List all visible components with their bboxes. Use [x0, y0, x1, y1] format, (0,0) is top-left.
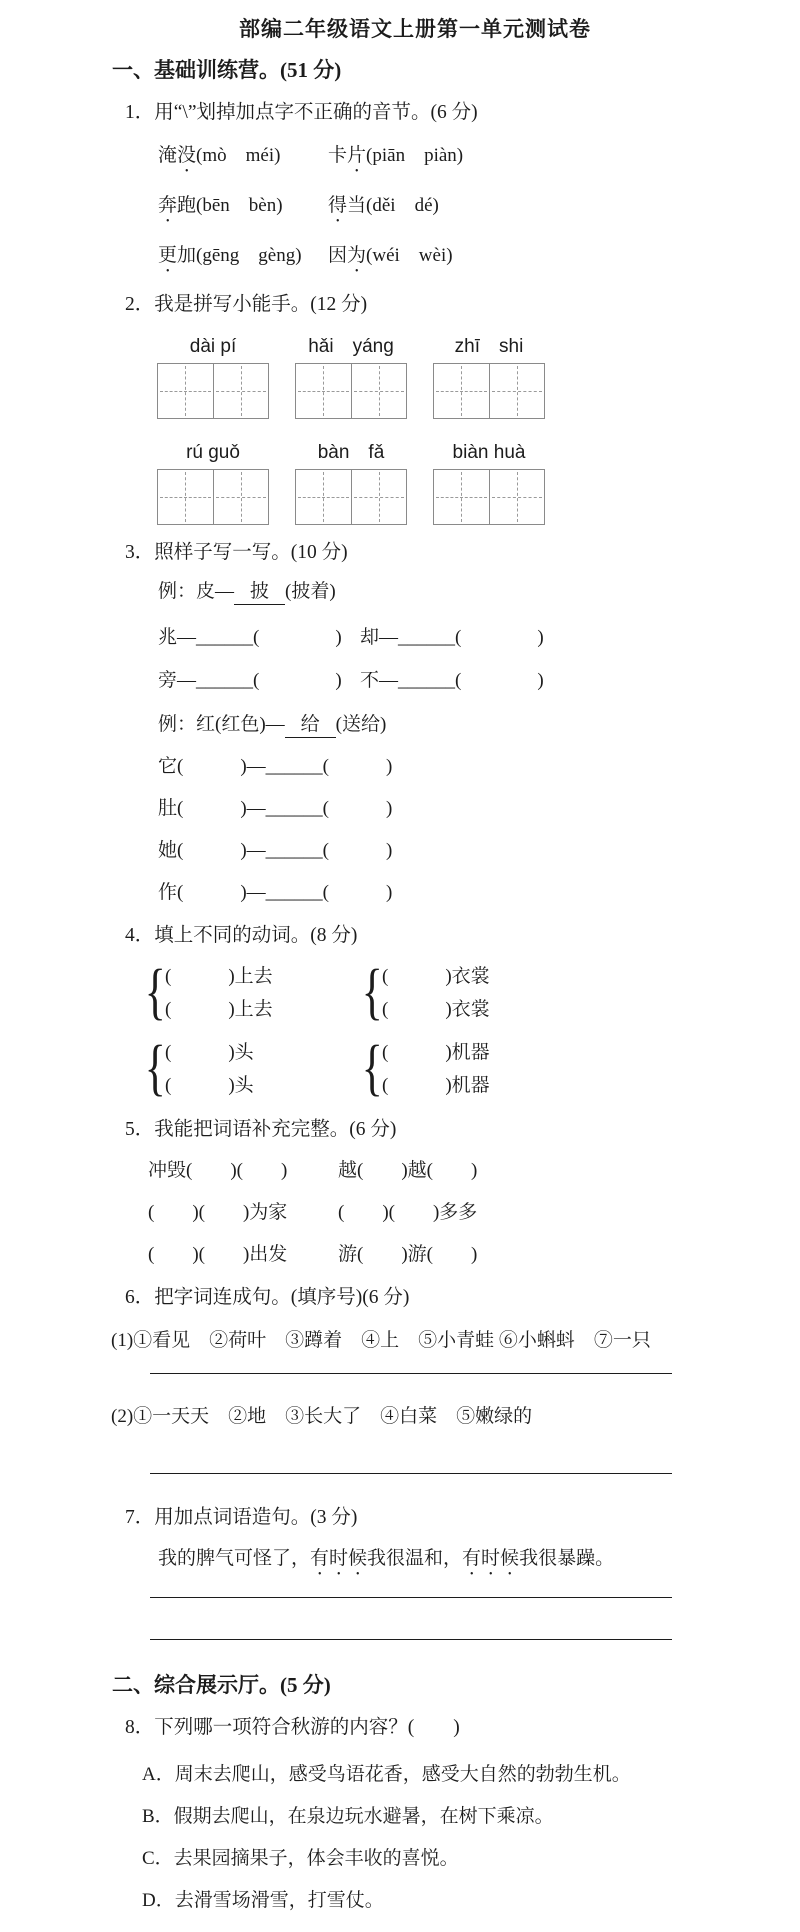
q3-example-2: 例：红(红色)—给(送给) [158, 710, 745, 740]
q3-item-line: 她( )—______( ) [158, 836, 745, 866]
q4-brace-grid: { ( )上去 ( )上去 { ( )衣裳 ( )衣裳 { ( )头 ( )头 … [143, 960, 745, 1102]
word-text: 加 [177, 245, 196, 266]
option-d: D．去滑雪场滑雪，打雪仗。 [142, 1886, 745, 1915]
pair-item: 旁—______( ) [158, 666, 360, 696]
q5-row: ( )( )为家 ( )( )多多 [148, 1198, 745, 1228]
q2-label: 2．我是拼写小能手。(12 分) [125, 291, 745, 319]
q5-item: 游( )游( ) [338, 1240, 477, 1270]
q3-pair-row: 旁—______( ) 不—______( ) [158, 666, 745, 696]
q8-label: 8．下列哪一项符合秋游的内容？( ) [125, 1714, 745, 1742]
q2-grid-group: zhī shi [433, 335, 545, 419]
q3-pair-row: 兆—______( ) 却—______( ) [158, 623, 745, 653]
fill-line: ( )机器 [382, 1069, 490, 1102]
dotted-character: 为 [347, 245, 366, 266]
word-text: 跑 [177, 195, 196, 216]
pinyin-label: bàn fǎ [295, 441, 407, 469]
q1-word: 因为(wéi wèi) [328, 241, 498, 277]
pinyin-annotation: (mò méi) [196, 145, 280, 166]
tianzige-grid [433, 363, 545, 419]
q7-label: 7．用加点词语造句。(3 分) [125, 1504, 745, 1532]
curly-brace: { [145, 1038, 164, 1100]
example-prefix: 例：红(红色)— [158, 714, 285, 735]
option-b: B．假期去爬山，在泉边玩水避暑，在树下乘凉。 [142, 1802, 745, 1831]
fill-line: ( )上去 [165, 960, 273, 993]
pinyin-annotation: (děi dé) [366, 195, 439, 216]
grid-cell [213, 470, 269, 524]
blank-answer: 披 [234, 580, 285, 605]
q6-label: 6．把字词连成句。(填序号)(6 分) [125, 1284, 745, 1312]
section1-heading: 一、基础训练营。(51 分) [112, 55, 745, 85]
pinyin-label: zhī shi [433, 335, 545, 363]
q2-row: rú guǒ bàn fǎ biàn huà [157, 441, 745, 525]
tianzige-grid [157, 469, 269, 525]
q3-item-line: 它( )—______( ) [158, 752, 745, 782]
grid-cell [213, 364, 269, 418]
dotted-character: 奔 [158, 195, 177, 216]
q3-item-line: 肚( )—______( ) [158, 794, 745, 824]
q6-sub-2: (2)①一天天 ②地 ③长大了 ④白菜 ⑤嫩绿的 [111, 1402, 745, 1432]
pinyin-annotation: (bēn bèn) [196, 195, 283, 216]
q7-sentence: 我的脾气可怪了，有时候我很温和，有时候我很暴躁。 [158, 1543, 745, 1580]
answer-line [150, 1373, 672, 1374]
dotted-phrase: 有时候 [462, 1548, 519, 1569]
word-text: 当 [347, 195, 366, 216]
q1-word: 淹没(mò méi) [158, 141, 328, 177]
q4-lines: ( )衣裳 ( )衣裳 [382, 960, 490, 1026]
example-suffix: (披着) [285, 581, 336, 602]
q2-grid-group: bàn fǎ [295, 441, 407, 525]
q2-row: dài pí hǎi yáng zhī shi [157, 335, 745, 419]
sentence-part: 我的脾气可怪了， [158, 1548, 310, 1569]
q4-lines: ( )上去 ( )上去 [165, 960, 273, 1026]
pair-item: 却—______( ) [360, 623, 544, 653]
q1-row: 更加(gēng gèng) 因为(wéi wèi) [158, 241, 745, 277]
q5-row: 冲毁( )( ) 越( )越( ) [148, 1156, 745, 1186]
q5-item: ( )( )多多 [338, 1198, 477, 1228]
answer-line [150, 1639, 672, 1640]
q4-lines: ( )机器 ( )机器 [382, 1036, 490, 1102]
q5-item: ( )( )为家 [148, 1198, 338, 1228]
word-text: 淹 [158, 145, 177, 166]
q5-item: ( )( )出发 [148, 1240, 338, 1270]
answer-line [150, 1473, 672, 1474]
q2-grid-group: biàn huà [433, 441, 545, 525]
fill-line: ( )衣裳 [382, 993, 490, 1026]
fill-line: ( )衣裳 [382, 960, 490, 993]
tianzige-grid [433, 469, 545, 525]
pinyin-annotation: (gēng gèng) [196, 245, 302, 266]
q4-lines: ( )头 ( )头 [165, 1036, 254, 1102]
q4-group: { ( )头 ( )头 [143, 1036, 360, 1102]
answer-line [150, 1597, 672, 1598]
sentence-part: 我很温和， [367, 1548, 462, 1569]
tianzige-grid [157, 363, 269, 419]
grid-cell [489, 470, 545, 524]
curly-brace: { [362, 1038, 381, 1100]
pinyin-label: rú guǒ [157, 441, 269, 469]
dotted-character: 得 [328, 195, 347, 216]
grid-cell [158, 470, 213, 524]
q2-grid-group: rú guǒ [157, 441, 269, 525]
dotted-character: 更 [158, 245, 177, 266]
pinyin-label: biàn huà [433, 441, 545, 469]
q1-word: 卡片(piān piàn) [328, 141, 498, 177]
section2-heading: 二、综合展示厅。(5 分) [112, 1670, 745, 1700]
q4-group: { ( )衣裳 ( )衣裳 [360, 960, 745, 1026]
tianzige-grid [295, 363, 407, 419]
q2-grid-group: dài pí [157, 335, 269, 419]
pair-item: 兆—______( ) [158, 623, 360, 653]
grid-cell [296, 364, 351, 418]
dotted-phrase: 有时候 [310, 1548, 367, 1569]
q3-label: 3．照样子写一写。(10 分) [125, 539, 745, 567]
grid-cell [434, 364, 489, 418]
curly-brace: { [362, 962, 381, 1024]
q4-group: { ( )机器 ( )机器 [360, 1036, 745, 1102]
page-title: 部编二年级语文上册第一单元测试卷 [85, 14, 745, 44]
fill-line: ( )头 [165, 1069, 254, 1102]
word-text: 因 [328, 245, 347, 266]
word-text: 卡 [328, 145, 347, 166]
q3-item-line: 作( )—______( ) [158, 878, 745, 908]
q1-word: 得当(děi dé) [328, 191, 498, 227]
pinyin-label: hǎi yáng [295, 335, 407, 363]
blank-answer: 给 [285, 713, 336, 738]
q1-label: 1．用“\”划掉加点字不正确的音节。(6 分) [125, 99, 745, 127]
q1-row: 奔跑(bēn bèn) 得当(děi dé) [158, 191, 745, 227]
q5-item: 越( )越( ) [338, 1156, 477, 1186]
grid-cell [351, 470, 407, 524]
q5-label: 5．我能把词语补充完整。(6 分) [125, 1116, 745, 1144]
option-c: C．去果园摘果子，体会丰收的喜悦。 [142, 1844, 745, 1873]
q4-group: { ( )上去 ( )上去 [143, 960, 360, 1026]
q1-word: 更加(gēng gèng) [158, 241, 328, 277]
grid-cell [489, 364, 545, 418]
pinyin-annotation: (wéi wèi) [366, 245, 453, 266]
sentence-part: 我很暴躁。 [519, 1548, 614, 1569]
grid-cell [158, 364, 213, 418]
pinyin-label: dài pí [157, 335, 269, 363]
grid-cell [351, 364, 407, 418]
fill-line: ( )头 [165, 1036, 254, 1069]
grid-cell [434, 470, 489, 524]
q5-item: 冲毁( )( ) [148, 1156, 338, 1186]
tianzige-grid [295, 469, 407, 525]
example-suffix: (送给) [336, 714, 387, 735]
q1-word: 奔跑(bēn bèn) [158, 191, 328, 227]
pinyin-annotation: (piān piàn) [366, 145, 463, 166]
curly-brace: { [145, 962, 164, 1024]
dotted-character: 片 [347, 145, 366, 166]
q3-example-1: 例：皮—披(披着) [158, 577, 745, 607]
fill-line: ( )机器 [382, 1036, 490, 1069]
q6-sub-1: (1)①看见 ②荷叶 ③蹲着 ④上 ⑤小青蛙 ⑥小蝌蚪 ⑦一只 [111, 1326, 745, 1356]
q2-grid-group: hǎi yáng [295, 335, 407, 419]
example-prefix: 例：皮— [158, 581, 234, 602]
option-a: A．周末去爬山，感受鸟语花香，感受大自然的勃勃生机。 [142, 1760, 745, 1789]
test-paper-page: 部编二年级语文上册第一单元测试卷 一、基础训练营。(51 分) 1．用“\”划掉… [0, 0, 800, 1932]
q1-row: 淹没(mò méi) 卡片(piān piàn) [158, 141, 745, 177]
q5-row: ( )( )出发 游( )游( ) [148, 1240, 745, 1270]
pair-item: 不—______( ) [360, 666, 544, 696]
grid-cell [296, 470, 351, 524]
q4-label: 4．填上不同的动词。(8 分) [125, 922, 745, 950]
dotted-character: 没 [177, 145, 196, 166]
fill-line: ( )上去 [165, 993, 273, 1026]
